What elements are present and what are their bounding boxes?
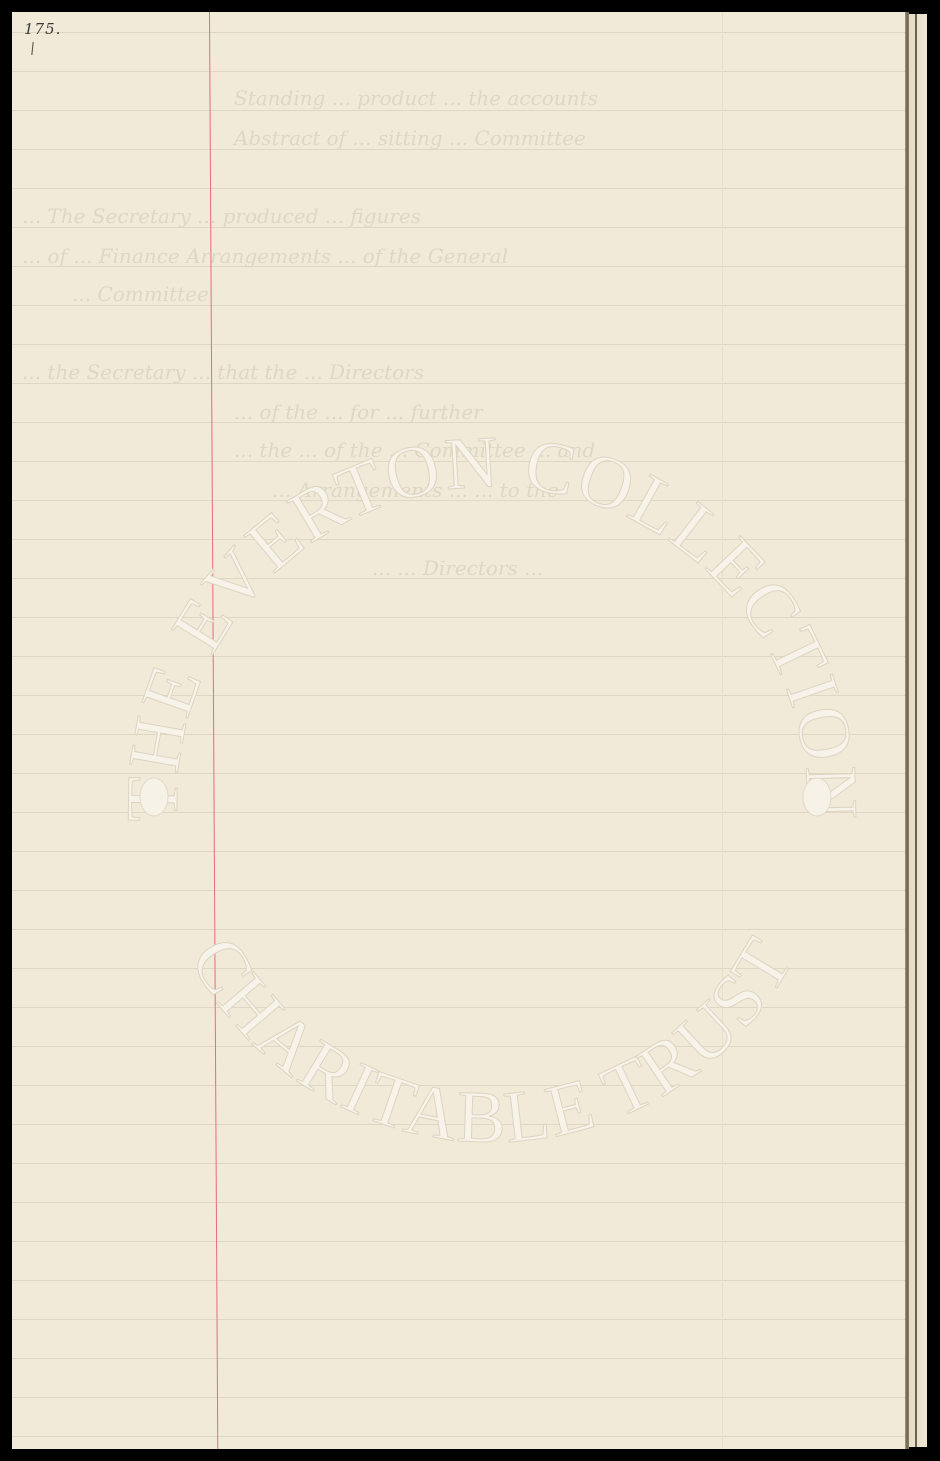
- page-number-mark: [31, 42, 33, 55]
- faded-handwriting-line: Standing ... product ... the accounts: [234, 86, 598, 110]
- ruled-line: [12, 110, 905, 111]
- faded-handwriting-line: ... the Secretary ... that the ... Direc…: [22, 360, 424, 384]
- faded-handwriting-line: ... ... Directors ...: [372, 556, 543, 580]
- watermark-left-dot: [140, 778, 168, 816]
- ruled-line: [12, 1085, 905, 1086]
- scan-frame: 175. Standing ... product ... the accoun…: [0, 0, 940, 1461]
- ledger-page: 175. Standing ... product ... the accoun…: [12, 12, 905, 1449]
- ruled-line: [12, 929, 905, 930]
- faded-handwriting-line: ... the ... of the ... Committee ... and: [234, 438, 595, 462]
- ruled-line: [12, 71, 905, 72]
- page-stack-edge: [909, 14, 927, 1447]
- faded-handwriting-line: ... Committee: [72, 282, 209, 306]
- ruled-line: [12, 1358, 905, 1359]
- ruled-line: [12, 1436, 905, 1437]
- ruled-line: [12, 539, 905, 540]
- ruled-line: [12, 188, 905, 189]
- watermark-right-dot: [803, 778, 831, 816]
- page-number: 175.: [24, 20, 61, 38]
- ruled-line: [12, 32, 905, 33]
- ruled-line: [12, 1241, 905, 1242]
- ruled-line: [12, 1163, 905, 1164]
- faded-handwriting-line: ... The Secretary ... produced ... figur…: [22, 204, 421, 228]
- faded-handwriting-line: Abstract of ... sitting ... Committee: [234, 126, 586, 150]
- column-rule: [722, 12, 723, 1449]
- ruled-line: [12, 851, 905, 852]
- ruled-line: [12, 812, 905, 813]
- ruled-line: [12, 344, 905, 345]
- ruled-line: [12, 1280, 905, 1281]
- faded-handwriting-line: ... Arrangements ... ... to the: [272, 478, 559, 502]
- ruled-line: [12, 734, 905, 735]
- ruled-line: [12, 1397, 905, 1398]
- ruled-line: [12, 1124, 905, 1125]
- faded-handwriting-line: ... of the ... for ... further: [234, 400, 483, 424]
- ruled-line: [12, 890, 905, 891]
- ruled-line: [12, 695, 905, 696]
- ruled-line: [12, 656, 905, 657]
- binding-edge: [915, 14, 917, 1447]
- ruled-line: [12, 1046, 905, 1047]
- ruled-line: [12, 773, 905, 774]
- faded-handwriting-line: ... of ... Finance Arrangements ... of t…: [22, 244, 508, 268]
- ruled-line: [12, 617, 905, 618]
- ruled-line: [12, 1319, 905, 1320]
- ruled-line: [12, 1202, 905, 1203]
- ruled-line: [12, 1007, 905, 1008]
- ruled-line: [12, 968, 905, 969]
